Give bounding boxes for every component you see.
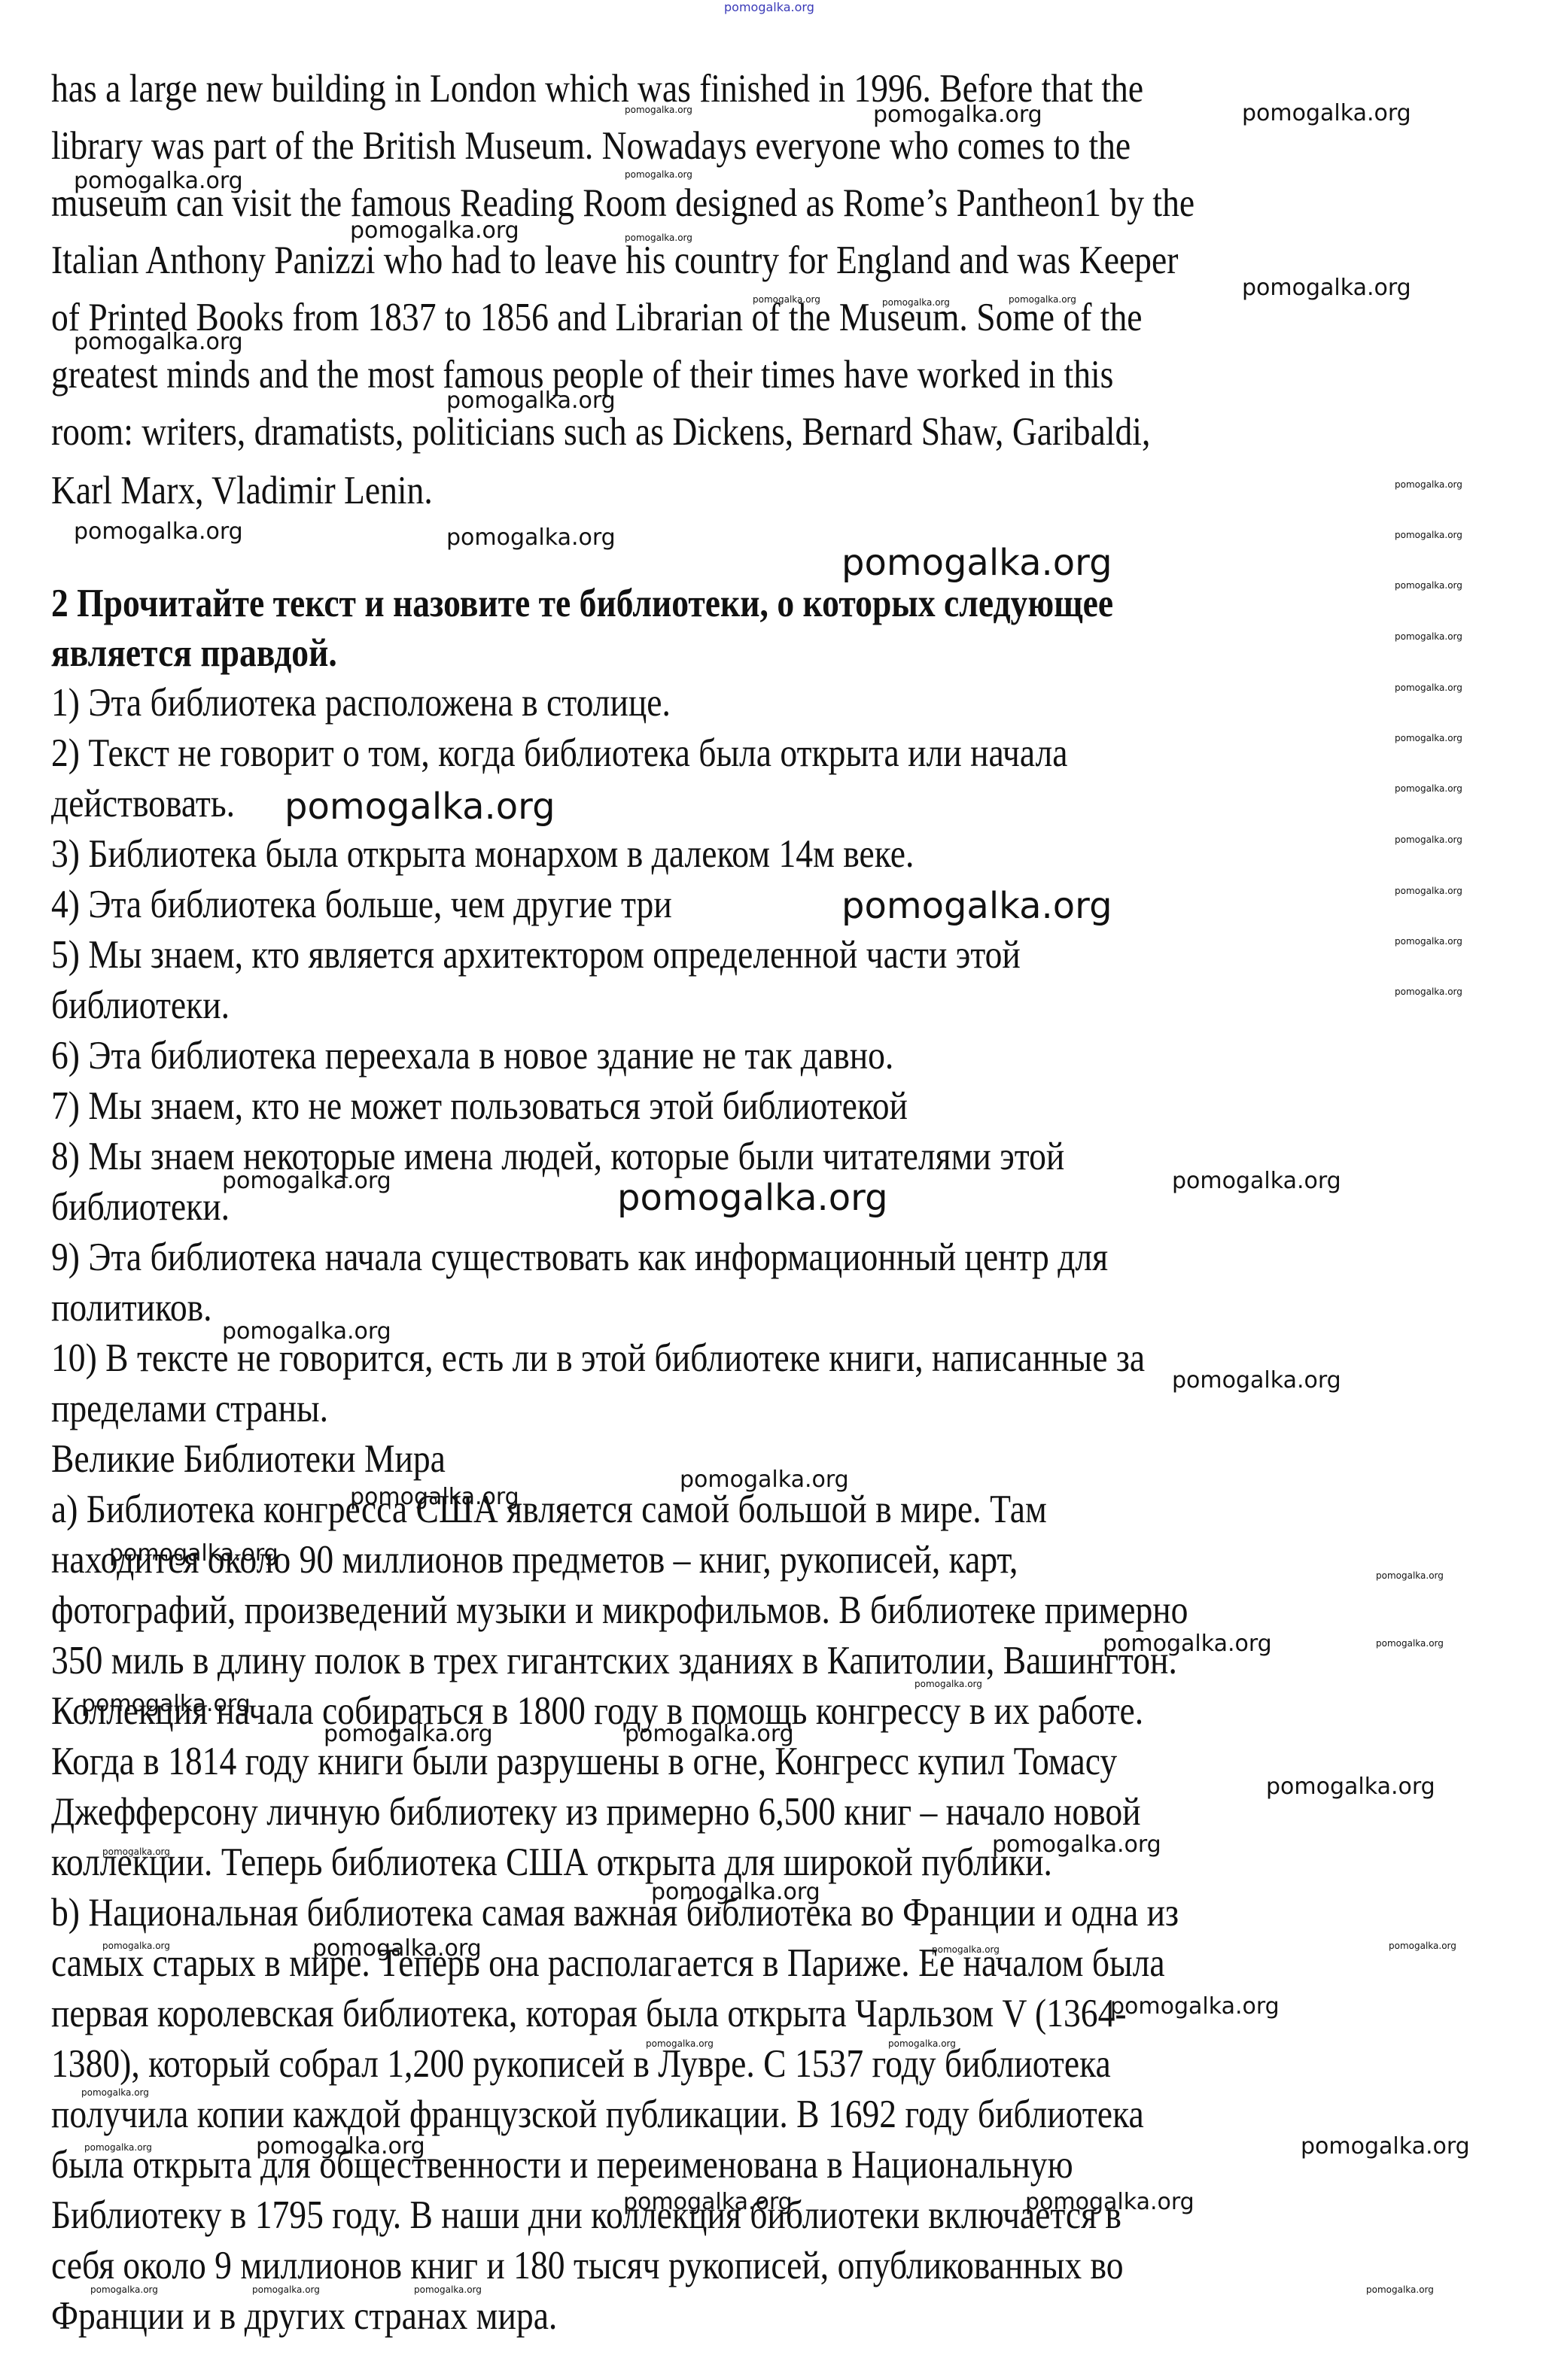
- watermark: pomogalka.org: [1172, 1369, 1341, 1392]
- statement-line: 6) Эта библиотека переехала в новое здан…: [51, 1036, 893, 1076]
- translation-line: a) Библиотека конгресса США является сам…: [51, 1490, 1047, 1530]
- watermark: pomogalka.org: [1366, 2285, 1434, 2294]
- watermark: pomogalka.org: [324, 1723, 493, 1746]
- watermark: pomogalka.org: [81, 1693, 251, 1716]
- watermark: pomogalka.org: [1009, 295, 1076, 304]
- statement-line: библиотеки.: [51, 1187, 230, 1227]
- statement-line: 9) Эта библиотека начала существовать ка…: [51, 1238, 1108, 1278]
- watermark: pomogalka.org: [74, 521, 243, 543]
- watermark: pomogalka.org: [915, 1679, 982, 1688]
- watermark: pomogalka.org: [1242, 102, 1411, 125]
- statement-line: 1) Эта библиотека расположена в столице.: [51, 683, 671, 723]
- watermark: pomogalka.org: [1395, 530, 1462, 540]
- translation-line: себя около 9 миллионов книг и 180 тысяч …: [51, 2246, 1124, 2286]
- translation-line: 350 миль в длину полок в трех гигантских…: [51, 1641, 1177, 1681]
- watermark: pomogalka.org: [625, 105, 692, 114]
- watermark: pomogalka.org: [1025, 2191, 1194, 2214]
- watermark: pomogalka.org: [350, 220, 519, 242]
- watermark: pomogalka.org: [1301, 2135, 1470, 2158]
- watermark: pomogalka.org: [625, 233, 692, 242]
- watermark: pomogalka.org: [1395, 784, 1462, 793]
- watermark: pomogalka.org: [1110, 1995, 1280, 2018]
- watermark: pomogalka.org: [646, 2039, 714, 2048]
- scanned-textbook-page: pomogalka.org has a large new building i…: [0, 0, 1546, 2380]
- watermark: pomogalka.org: [1395, 937, 1462, 946]
- watermark: pomogalka.org: [992, 1834, 1161, 1856]
- translation-line: коллекции. Теперь библиотека США открыта…: [51, 1843, 1052, 1883]
- watermark: pomogalka.org: [84, 2143, 152, 2152]
- watermark: pomogalka.org: [625, 170, 692, 179]
- watermark: pomogalka.org: [1395, 734, 1462, 743]
- watermark: pomogalka.org: [102, 1941, 170, 1950]
- watermark: pomogalka.org: [882, 298, 950, 307]
- translation-line: фотографий, произведений музыки и микроф…: [51, 1591, 1188, 1631]
- statement-line: пределами страны.: [51, 1389, 328, 1429]
- watermark: pomogalka.org: [74, 331, 243, 354]
- passage-line: Karl Marx, Vladimir Lenin.: [51, 471, 433, 511]
- task-heading-line: 2 Прочитайте текст и назовите те библиот…: [51, 584, 1113, 624]
- watermark: pomogalka.org: [312, 1938, 482, 1960]
- watermark: pomogalka.org: [680, 1469, 849, 1491]
- watermark: pomogalka.org: [1395, 632, 1462, 641]
- translation-line: Когда в 1814 году книги были разрушены в…: [51, 1742, 1117, 1782]
- watermark: pomogalka.org: [1376, 1639, 1444, 1648]
- watermark: pomogalka.org: [873, 104, 1042, 126]
- watermark: pomogalka.org: [1395, 480, 1462, 489]
- watermark: pomogalka.org: [841, 545, 1112, 581]
- watermark: pomogalka.org: [1242, 277, 1411, 299]
- translation-title: Великие Библиотеки Мира: [51, 1439, 446, 1479]
- statement-line: 7) Мы знаем, кто не может пользоваться э…: [51, 1087, 908, 1126]
- translation-line: первая королевская библиотека, которая б…: [51, 1994, 1127, 2034]
- watermark: pomogalka.org: [1395, 581, 1462, 590]
- translation-line: была открыта для общественности и переим…: [51, 2145, 1073, 2185]
- statement-line: 8) Мы знаем некоторые имена людей, котор…: [51, 1137, 1064, 1177]
- statement-line: политиков.: [51, 1288, 212, 1328]
- watermark: pomogalka.org: [1395, 886, 1462, 895]
- watermark: pomogalka.org: [252, 2285, 320, 2294]
- statement-line: 5) Мы знаем, кто является архитектором о…: [51, 935, 1021, 975]
- watermark: pomogalka.org: [1103, 1633, 1272, 1655]
- watermark: pomogalka.org: [623, 2191, 793, 2214]
- top-watermark: pomogalka.org: [724, 2, 814, 14]
- watermark: pomogalka.org: [222, 1321, 391, 1343]
- watermark: pomogalka.org: [1376, 1571, 1444, 1580]
- watermark: pomogalka.org: [90, 2285, 158, 2294]
- watermark: pomogalka.org: [222, 1170, 391, 1193]
- translation-line: Библиотеку в 1795 году. В наши дни колле…: [51, 2196, 1121, 2236]
- watermark: pomogalka.org: [753, 295, 820, 304]
- watermark: pomogalka.org: [1395, 987, 1462, 996]
- watermark: pomogalka.org: [651, 1881, 820, 1904]
- translation-line: получила копии каждой французской публик…: [51, 2095, 1144, 2135]
- translation-line: Джефферсону личную библиотеку из примерн…: [51, 1792, 1141, 1832]
- watermark: pomogalka.org: [256, 2135, 425, 2158]
- watermark: pomogalka.org: [414, 2285, 482, 2294]
- watermark: pomogalka.org: [446, 390, 616, 412]
- task-heading-line: является правдой.: [51, 634, 337, 673]
- statement-line: 2) Текст не говорит о том, когда библиот…: [51, 734, 1067, 774]
- watermark: pomogalka.org: [81, 2088, 149, 2097]
- watermark: pomogalka.org: [285, 789, 555, 825]
- statement-line: 4) Эта библиотека больше, чем другие три: [51, 885, 672, 925]
- statement-line: 3) Библиотека была открыта монархом в да…: [51, 834, 914, 874]
- passage-line: room: writers, dramatists, politicians s…: [51, 412, 1150, 452]
- watermark: pomogalka.org: [932, 1945, 1000, 1954]
- watermark: pomogalka.org: [1266, 1776, 1435, 1798]
- passage-line: Italian Anthony Panizzi who had to leave…: [51, 241, 1178, 281]
- watermark: pomogalka.org: [1395, 835, 1462, 844]
- watermark: pomogalka.org: [625, 1723, 794, 1746]
- statement-line: библиотеки.: [51, 986, 230, 1026]
- translation-line: 1380), который собрал 1,200 рукописей в …: [51, 2044, 1111, 2084]
- watermark: pomogalka.org: [841, 888, 1112, 924]
- watermark: pomogalka.org: [1395, 683, 1462, 692]
- watermark: pomogalka.org: [1172, 1170, 1341, 1193]
- translation-line: b) Национальная библиотека самая важная …: [51, 1893, 1179, 1933]
- watermark: pomogalka.org: [102, 1847, 170, 1856]
- translation-line: Франции и в других странах мира.: [51, 2296, 557, 2336]
- watermark: pomogalka.org: [1389, 1941, 1456, 1950]
- watermark: pomogalka.org: [888, 2039, 956, 2048]
- watermark: pomogalka.org: [617, 1180, 888, 1216]
- watermark: pomogalka.org: [74, 170, 243, 193]
- watermark: pomogalka.org: [350, 1486, 519, 1509]
- statement-line: действовать.: [51, 784, 235, 824]
- watermark: pomogalka.org: [109, 1543, 278, 1565]
- statement-line: 10) В тексте не говорится, есть ли в это…: [51, 1339, 1145, 1378]
- passage-line: library was part of the British Museum. …: [51, 126, 1131, 166]
- watermark: pomogalka.org: [446, 527, 616, 549]
